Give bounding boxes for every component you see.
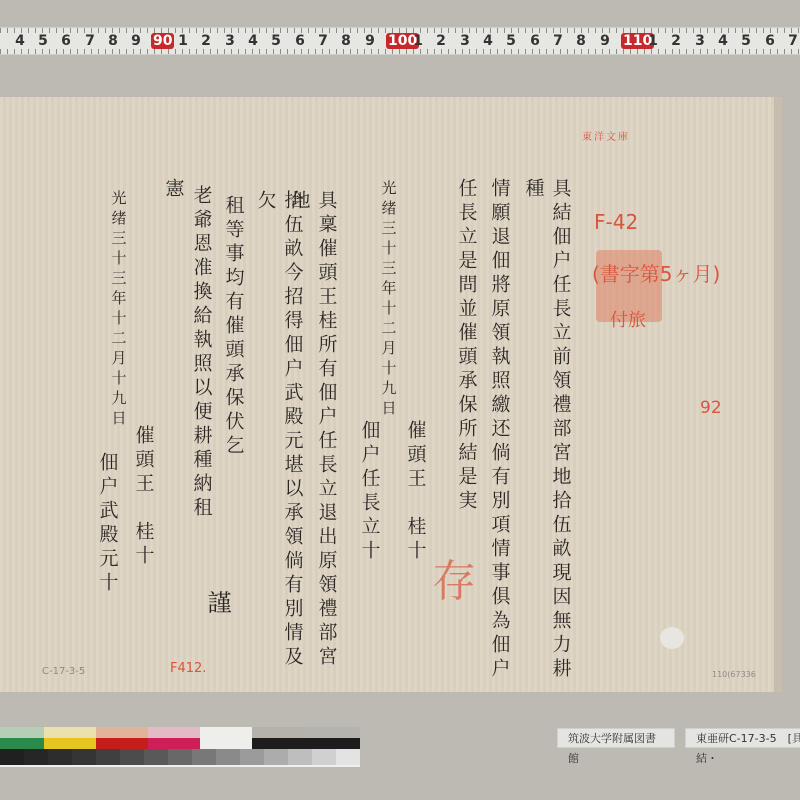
paper-hole — [660, 627, 684, 649]
ruler-number: 2 — [669, 33, 683, 49]
ruler-number: 5 — [739, 33, 753, 49]
ruler-number: 6 — [763, 33, 777, 49]
color-patch — [304, 738, 360, 749]
catalog-label: 東亜研C-17-3-5 [具結・ — [685, 728, 800, 748]
manuscript-column: 光绪三十三年十二月十九日 — [379, 180, 400, 420]
manuscript-column: 情願退佃將原領執照繳还倘有別項情事俱為佃户 — [487, 178, 514, 682]
ruler-number: 5 — [269, 33, 283, 49]
color-patch — [200, 738, 252, 749]
color-chart-saturated-row — [0, 738, 360, 749]
ruler-number: 8 — [574, 33, 588, 49]
color-patch — [96, 727, 148, 738]
manuscript-column: 拾伍畝今招得佃户武殿元堪以承領倘有別情及欠 — [253, 190, 307, 692]
gray-patch — [312, 749, 336, 765]
ruler-number: 1 — [646, 33, 660, 49]
manuscript-column: 佃户任長立十 — [357, 420, 384, 564]
color-patch — [200, 727, 252, 738]
ruler-number: 7 — [316, 33, 330, 49]
color-patch — [148, 738, 200, 749]
color-patch — [148, 727, 200, 738]
manuscript-column: 催頭王 桂十 — [403, 420, 430, 564]
ruler-number: 6 — [293, 33, 307, 49]
red-seal-text: 付旅 — [610, 306, 646, 332]
color-patch — [0, 738, 44, 749]
ruler-number: 1 — [411, 33, 425, 49]
manuscript-column: 任長立是問並催頭承保所結是実 — [454, 178, 481, 514]
gray-patch — [120, 749, 144, 765]
ruler-number: 3 — [693, 33, 707, 49]
ruler-number: 3 — [458, 33, 472, 49]
color-calibration-chart — [0, 727, 360, 767]
gray-patch — [48, 749, 72, 765]
color-patch — [0, 727, 44, 738]
ruler-number: 3 — [223, 33, 237, 49]
ruler-number: 6 — [59, 33, 73, 49]
color-patch — [252, 738, 304, 749]
ruler-number: 9 — [129, 33, 143, 49]
page-number-note: 92 — [700, 398, 722, 418]
ruler-number: 2 — [434, 33, 448, 49]
gray-patch — [168, 749, 192, 765]
gray-patch — [192, 749, 216, 765]
institution-label: 筑波大学附属図書館 — [557, 728, 675, 748]
manuscript-column: 催頭王 桂十 — [131, 425, 158, 569]
ruler-ticks-bottom — [0, 49, 800, 54]
red-code-note: F-42 — [594, 210, 638, 234]
color-patch — [44, 727, 96, 738]
gray-patch — [0, 749, 24, 765]
ruler-number: 7 — [83, 33, 97, 49]
ruler-number: 4 — [13, 33, 27, 49]
manuscript-column: 佃户武殿元十 — [95, 452, 122, 596]
red-handwritten-note: (書字第5ヶ月) — [592, 258, 720, 287]
ruler-number: 4 — [246, 33, 260, 49]
gray-patch — [96, 749, 120, 765]
gray-patch — [264, 749, 288, 765]
color-patch — [304, 727, 360, 738]
color-chart-gray-scale — [0, 749, 360, 765]
gray-patch — [336, 749, 360, 765]
measurement-ruler: 456789901234567891001234567891101234567 — [0, 27, 800, 55]
color-chart-pastel-row — [0, 727, 360, 738]
manuscript-column: 謹 — [200, 590, 235, 619]
gray-patch — [72, 749, 96, 765]
gray-patch — [240, 749, 264, 765]
manuscript-column: 憲 — [161, 178, 188, 202]
color-patch — [96, 738, 148, 749]
ruler-number: 7 — [786, 33, 800, 49]
manuscript-column: 具結佃户任長立前領禮部宮地拾伍畝現因無力耕種 — [521, 178, 575, 692]
ruler-number: 6 — [528, 33, 542, 49]
manuscript-column: 光绪三十三年十二月十九日 — [109, 190, 130, 430]
ruler-number: 8 — [106, 33, 120, 49]
ruler-number: 9 — [363, 33, 377, 49]
ruler-number: 2 — [199, 33, 213, 49]
red-large-mark: 存 — [432, 545, 476, 609]
ruler-number: 4 — [716, 33, 730, 49]
color-patch — [252, 727, 304, 738]
ruler-number: 9 — [598, 33, 612, 49]
gray-patch — [216, 749, 240, 765]
catalog-pencil-note: C-17-3-5 — [42, 666, 85, 677]
accession-number: 110(67336 — [712, 670, 756, 679]
red-code-bottom: F412. — [170, 661, 206, 676]
gray-patch — [24, 749, 48, 765]
gray-patch — [288, 749, 312, 765]
ruler-number: 7 — [551, 33, 565, 49]
ruler-number: 90 — [151, 33, 174, 49]
manuscript-column: 老爺恩准換給執照以便耕種納租 — [189, 185, 216, 521]
manuscript-page: 具結佃户任長立前領禮部宮地拾伍畝現因無力耕種情願退佃將原領執照繳还倘有別項情事俱… — [0, 97, 782, 692]
ruler-number: 1 — [176, 33, 190, 49]
gray-patch — [144, 749, 168, 765]
library-stamp-text: 東洋文庫 — [582, 128, 630, 143]
ruler-number: 5 — [36, 33, 50, 49]
color-patch — [44, 738, 96, 749]
ruler-number: 5 — [504, 33, 518, 49]
ruler-number: 4 — [481, 33, 495, 49]
manuscript-column: 租等事均有催頭承保伏乞 — [221, 195, 248, 459]
ruler-number: 8 — [339, 33, 353, 49]
